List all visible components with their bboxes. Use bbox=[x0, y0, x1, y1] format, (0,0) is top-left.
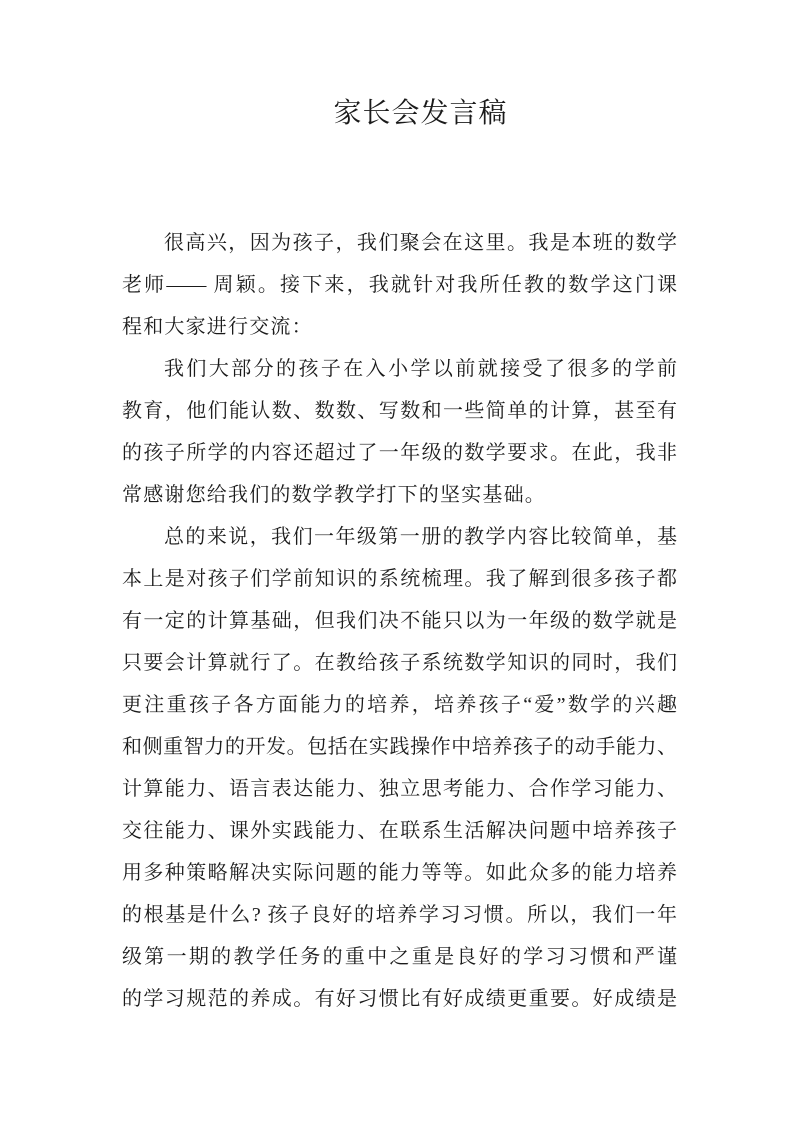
paragraph: 很高兴，因为孩子，我们聚会在这里。我是本班的数学老师—— 周颖。接下来，我就针对… bbox=[122, 222, 677, 348]
text-line: 常感谢您给我们的数学教学打下的坚实基础。 bbox=[122, 474, 677, 516]
document-title: 家长会发言稿 bbox=[122, 92, 677, 136]
text-line: 程和大家进行交流： bbox=[122, 306, 677, 348]
text-line: 计算能力、语言表达能力、独立思考能力、合作学习能力、 bbox=[122, 768, 677, 810]
text-line: 本上是对孩子们学前知识的系统梳理。我了解到很多孩子都 bbox=[122, 558, 677, 600]
text-line: 用多种策略解决实际问题的能力等等。如此众多的能力培养 bbox=[122, 852, 677, 894]
text-line: 交往能力、课外实践能力、在联系生活解决问题中培养孩子 bbox=[122, 810, 677, 852]
text-line: 很高兴，因为孩子，我们聚会在这里。我是本班的数学 bbox=[122, 222, 677, 264]
text-line: 的根基是什么? 孩子良好的培养学习习惯。所以，我们一年 bbox=[122, 894, 677, 936]
document-page: 家长会发言稿 很高兴，因为孩子，我们聚会在这里。我是本班的数学老师—— 周颖。接… bbox=[0, 0, 793, 1122]
text-line: 和侧重智力的开发。包括在实践操作中培养孩子的动手能力、 bbox=[122, 726, 677, 768]
paragraph: 总的来说，我们一年级第一册的教学内容比较简单，基本上是对孩子们学前知识的系统梳理… bbox=[122, 516, 677, 1020]
text-line: 有一定的计算基础，但我们决不能只以为一年级的数学就是 bbox=[122, 600, 677, 642]
document-paragraphs: 很高兴，因为孩子，我们聚会在这里。我是本班的数学老师—— 周颖。接下来，我就针对… bbox=[122, 222, 677, 1020]
text-line: 只要会计算就行了。在教给孩子系统数学知识的同时，我们 bbox=[122, 642, 677, 684]
text-line: 教育，他们能认数、数数、写数和一些简单的计算，甚至有 bbox=[122, 390, 677, 432]
text-line: 级第一期的教学任务的重中之重是良好的学习习惯和严谨 bbox=[122, 936, 677, 978]
text-line: 的孩子所学的内容还超过了一年级的数学要求。在此，我非 bbox=[122, 432, 677, 474]
paragraph: 我们大部分的孩子在入小学以前就接受了很多的学前教育，他们能认数、数数、写数和一些… bbox=[122, 348, 677, 516]
text-line: 更注重孩子各方面能力的培养，培养孩子“爱”数学的兴趣 bbox=[122, 684, 677, 726]
text-line: 我们大部分的孩子在入小学以前就接受了很多的学前 bbox=[122, 348, 677, 390]
text-line: 老师—— 周颖。接下来，我就针对我所任教的数学这门课 bbox=[122, 264, 677, 306]
text-line: 的学习规范的养成。有好习惯比有好成绩更重要。好成绩是 bbox=[122, 978, 677, 1020]
text-line: 总的来说，我们一年级第一册的教学内容比较简单，基 bbox=[122, 516, 677, 558]
